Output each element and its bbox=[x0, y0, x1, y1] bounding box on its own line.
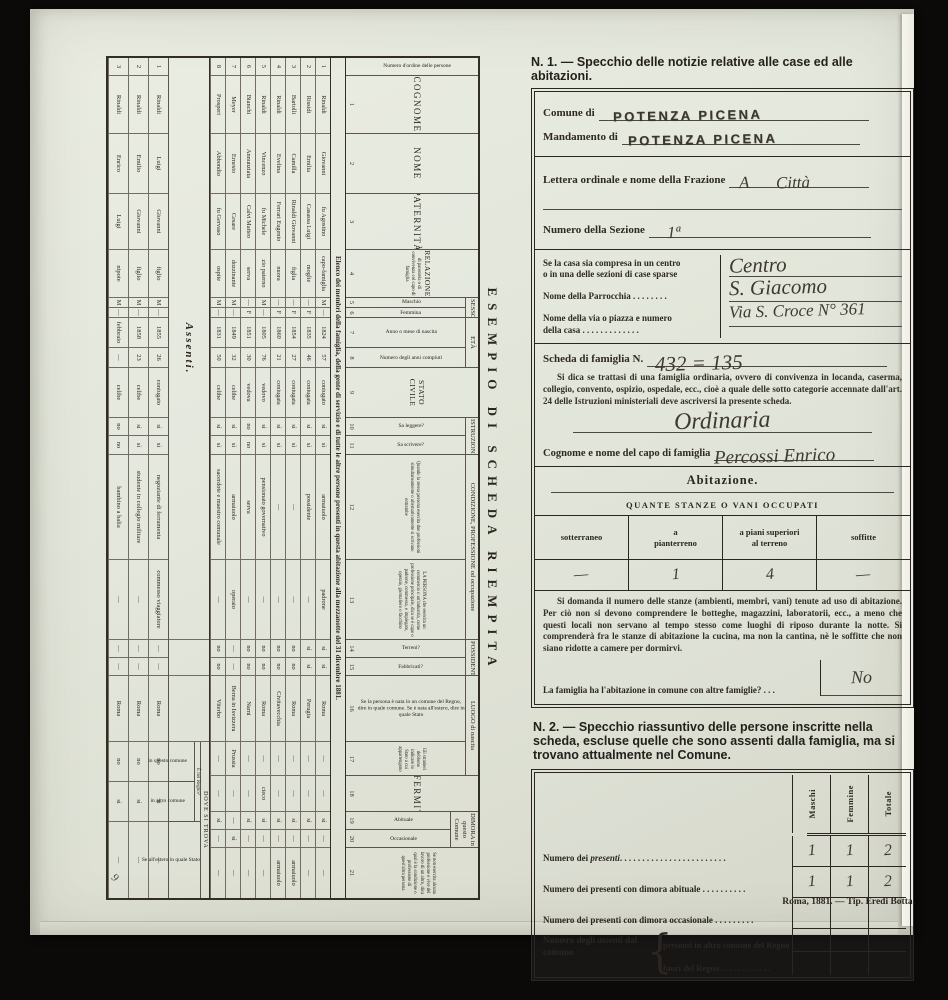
column-group-label: POSSIDENTE bbox=[465, 640, 478, 675]
member-cell: — bbox=[211, 308, 225, 318]
member-cell: sì bbox=[286, 418, 300, 436]
stanze-col-header: soffitte bbox=[817, 516, 910, 560]
row-label-em: presenti bbox=[590, 853, 620, 863]
assenti-cell: sì bbox=[109, 782, 128, 822]
example-title: ESEMPIO DI SCHEDA RIEMPITA bbox=[480, 56, 502, 904]
categoria-text: Si dica se trattasi di una famiglia ordi… bbox=[543, 372, 902, 407]
column-header-label: Abituale bbox=[357, 812, 450, 829]
list-title: Elenco dei membri della famiglia, della … bbox=[330, 58, 345, 898]
member-cell: coniugata bbox=[286, 368, 300, 418]
assenti-cell: 26 bbox=[149, 348, 168, 368]
column-header: NOME2 bbox=[346, 134, 478, 194]
assenti-cell: no bbox=[109, 742, 128, 782]
member-cell: 46 bbox=[301, 348, 315, 368]
row-label: Numero dei presenti con dimora occasiona… bbox=[543, 915, 715, 925]
member-cell: Casassa Luigi bbox=[301, 194, 315, 250]
member-cell: — bbox=[256, 308, 270, 318]
column-header: Gli stranieri debbono indicare lo Stato … bbox=[346, 742, 465, 775]
column-header: Maschio5 bbox=[346, 298, 465, 308]
member-cell: sì bbox=[316, 436, 330, 455]
frazione-letter-value: A bbox=[739, 174, 750, 191]
frazione-label: Lettera ordinale e nome della Frazione bbox=[543, 174, 725, 186]
member-cell: — bbox=[241, 830, 255, 848]
member-cell: figlia bbox=[286, 250, 300, 298]
column-header-text: RELAZIONEdi parentela o di convivenza co… bbox=[403, 250, 432, 297]
subrow-label: presenti in altro comune del Regno bbox=[661, 940, 792, 952]
famiglie-value: No bbox=[851, 668, 872, 687]
column-header-label: Occasionale bbox=[357, 830, 450, 847]
member-cell: sì bbox=[256, 436, 270, 455]
leaders: . . . . . . . . . . . . . . . . . . . . … bbox=[620, 853, 726, 863]
regno-questo-label: in questo comune bbox=[149, 758, 188, 765]
member-cell: Ferrari Eugenio bbox=[271, 194, 285, 250]
member-cell: sì bbox=[226, 436, 240, 455]
member-cell: Rissidi bbox=[301, 76, 315, 134]
assenti-cell: sì bbox=[129, 436, 148, 455]
column-number: 4 bbox=[346, 250, 357, 297]
assenti-cell: 23 bbox=[129, 348, 148, 368]
via-value: Via S. Croce N° 361 bbox=[729, 300, 866, 321]
member-cell: 32 bbox=[226, 348, 240, 368]
member-cell: sì bbox=[301, 640, 315, 658]
assenti-cell: 1855 bbox=[149, 318, 168, 348]
column-number: 5 bbox=[346, 298, 357, 307]
assenti-cell: 3 bbox=[109, 58, 128, 76]
leaders: . . . . . . . . . . bbox=[703, 884, 746, 894]
assenti-cell: 1858 bbox=[129, 318, 148, 348]
column-header-label: Terreni? bbox=[357, 640, 465, 657]
column-header-label: Numero degli anni compiuti bbox=[357, 348, 465, 367]
member-cell: Abbondio bbox=[211, 134, 225, 194]
member-cell: Rinaldi bbox=[316, 76, 330, 134]
column-number: 8 bbox=[346, 348, 357, 367]
member-cell: 1805 bbox=[256, 318, 270, 348]
member-cell: — bbox=[211, 830, 225, 848]
assenti-cell: — bbox=[109, 308, 128, 318]
stanze-col-header: a piani superiori al terreno bbox=[723, 516, 816, 560]
member-cell: 1835 bbox=[301, 318, 315, 348]
column-number: 13 bbox=[346, 560, 357, 639]
column-header-text: Fabbricati? bbox=[399, 664, 424, 671]
assenti-cell: febbraio bbox=[109, 318, 128, 348]
assenti-cell: commesso viaggiatore bbox=[149, 560, 168, 640]
column-group-label: ETÀ bbox=[465, 318, 478, 367]
assenti-cell: coniugato bbox=[149, 368, 168, 418]
member-cell: no bbox=[241, 640, 255, 658]
member-cell: Cesare bbox=[226, 194, 240, 250]
member-cell: Viterbo bbox=[211, 676, 225, 742]
member-cell: — bbox=[271, 455, 285, 560]
member-cell: — bbox=[226, 776, 240, 812]
column-header: RELAZIONEdi parentela o di convivenza co… bbox=[346, 250, 478, 298]
assenti-cell: — bbox=[109, 640, 128, 658]
assenti-cell: studente in collegio militare bbox=[129, 455, 148, 560]
column-header: Terreni?14 bbox=[346, 640, 465, 658]
member-cell: sì bbox=[286, 436, 300, 455]
column-number bbox=[346, 58, 357, 75]
assenti-cell: Giovanni bbox=[129, 194, 148, 250]
member-cell: 7 bbox=[226, 58, 240, 76]
n1-comune-section: Comune di POTENZA PICENA Mandamento di P… bbox=[535, 92, 910, 157]
member-cell: Bartolli bbox=[286, 76, 300, 134]
via-label: Nome della via o piazza e numero della c… bbox=[543, 313, 716, 336]
column-header: Sa leggere?10 bbox=[346, 418, 465, 436]
n1-categoria-section: Si dica se trattasi di una famiglia ordi… bbox=[535, 367, 910, 438]
member-row: 2RissidiEmiliaCasassa Luigimoglie—F18354… bbox=[300, 58, 315, 898]
column-header: PATERNITÀ3 bbox=[346, 194, 478, 250]
sezione-label: Numero della Sezione bbox=[543, 224, 645, 236]
member-cell: — bbox=[286, 776, 300, 812]
member-cell: sì bbox=[301, 436, 315, 455]
rule bbox=[551, 492, 894, 493]
column-group-subcolumns: Terreni?14Fabbricati?15 bbox=[346, 640, 465, 675]
column-header-text: Se la persona è nata in un comune del Re… bbox=[357, 699, 465, 719]
column-header-text: Numero degli anni compiuti bbox=[380, 355, 442, 362]
column-header-text: LA PERSONA che esercita un commercio o u… bbox=[394, 560, 429, 639]
assenti-cell: celibe bbox=[129, 368, 148, 418]
member-cell: Annunziata bbox=[241, 134, 255, 194]
column-header: Numero d'ordine delle persone bbox=[346, 58, 478, 76]
member-cell: 76 bbox=[256, 348, 270, 368]
member-cell: — bbox=[241, 298, 255, 308]
member-cell: serva bbox=[241, 250, 255, 298]
assenti-cell: — bbox=[109, 560, 128, 640]
assenti-cell: M bbox=[129, 298, 148, 308]
member-cell: — bbox=[286, 742, 300, 776]
member-cell: celibe bbox=[226, 368, 240, 418]
member-cell: Narni bbox=[241, 676, 255, 742]
stanze-title: QUANTE STANZE O VANI OCCUPATI bbox=[535, 495, 910, 515]
column-number: 12 bbox=[346, 455, 357, 559]
member-cell: sì bbox=[211, 418, 225, 436]
column-header-label: Quando la stessa persona esercita due pr… bbox=[357, 455, 465, 559]
column-header: Abituale19 bbox=[346, 812, 450, 830]
assenti-cell: Emilio bbox=[129, 134, 148, 194]
column-header-text: Maschio bbox=[402, 299, 421, 306]
member-cell: no bbox=[286, 640, 300, 658]
member-cell: celibe bbox=[211, 368, 225, 418]
column-header-label: NOME bbox=[357, 134, 478, 193]
row-label: Numero dei bbox=[543, 853, 590, 863]
member-cell: armaiuolo bbox=[226, 455, 240, 560]
member-cell: serva bbox=[241, 455, 255, 560]
column-number: 2 bbox=[346, 134, 357, 193]
member-cell: 8 bbox=[211, 58, 225, 76]
member-cell: Rinaldi bbox=[256, 76, 270, 134]
assenti-cell: sì bbox=[129, 782, 148, 822]
column-header-text: Se non esercita alcuna professione e viv… bbox=[397, 848, 438, 898]
column-number: 6 bbox=[346, 308, 357, 317]
column-header-label: Femmina bbox=[357, 308, 465, 317]
member-row: 6BianchiAnnunziataCalvi Matteoserva—F185… bbox=[240, 58, 255, 898]
n1-note-section: Si domanda il numero delle stanze (ambie… bbox=[535, 591, 910, 659]
column-header-subtext: di parentela o di convivenza col capo di… bbox=[403, 250, 421, 297]
column-group: SESSOMaschio5Femmina6 bbox=[346, 298, 478, 318]
member-cell: — bbox=[301, 742, 315, 776]
member-cell: 1 bbox=[316, 58, 330, 76]
column-header-label: Sa scrivere? bbox=[357, 436, 465, 454]
n2-col-totale: Totale bbox=[883, 791, 893, 816]
assenti-cell: bambino a balia bbox=[109, 455, 128, 560]
member-cell: — bbox=[271, 830, 285, 848]
leaders: . . . . . . . . . bbox=[715, 915, 753, 925]
member-cell: Roma bbox=[286, 676, 300, 742]
assenti-cell: Roma bbox=[109, 676, 128, 742]
column-number: 16 bbox=[346, 676, 357, 741]
member-cell: Roma bbox=[316, 676, 330, 742]
value-totale: 2 bbox=[883, 842, 892, 861]
member-cell: 6 bbox=[241, 58, 255, 76]
member-cell: Vincenzo bbox=[256, 134, 270, 194]
member-row: 4RinaldiEvelinaFerrari Eugenionuora—F186… bbox=[270, 58, 285, 898]
assenti-cell: M bbox=[109, 298, 128, 308]
n2-subrow-regno: presenti in altro comune del Regno bbox=[661, 929, 906, 952]
assenti-cell: no bbox=[129, 742, 148, 782]
assenti-cell: — bbox=[129, 308, 148, 318]
scheda-label: Scheda di famiglia N. bbox=[543, 353, 643, 365]
member-cell: 5 bbox=[256, 58, 270, 76]
member-cell: M bbox=[316, 298, 330, 308]
stanze-col-header: sotterraneo bbox=[535, 516, 628, 560]
member-cell: no bbox=[241, 436, 255, 455]
member-cell: no bbox=[286, 658, 300, 676]
member-cell: coniugata bbox=[301, 368, 315, 418]
column-group-subcolumns: Maschio5Femmina6 bbox=[346, 298, 465, 317]
member-cell: sì bbox=[316, 418, 330, 436]
member-cell: — bbox=[226, 848, 240, 898]
member-cell: no bbox=[256, 658, 270, 676]
assenti-row: 2RinaldiEmilioGiovannifiglioM—185823celi… bbox=[128, 58, 148, 898]
assenti-cell: sì bbox=[149, 436, 168, 455]
column-group-label: LUOGO di nascita bbox=[465, 676, 478, 775]
column-group: ISTRUZIONESa leggere?10Sa scrivere?11 bbox=[346, 418, 478, 455]
member-row: 5RinaldiVincenzofu Michelezio paternoM—1… bbox=[255, 58, 270, 898]
member-cell: — bbox=[286, 830, 300, 848]
subrow-label: fuori del Regno . . . . . . . . . . . . bbox=[661, 963, 792, 975]
member-cell: sì bbox=[271, 436, 285, 455]
member-cell: sì bbox=[211, 436, 225, 455]
member-cell: — bbox=[226, 640, 240, 658]
n2-col-femmine: Femmine bbox=[845, 785, 855, 823]
column-number: 3 bbox=[346, 194, 357, 249]
member-cell: vedovo bbox=[256, 368, 270, 418]
mandamento-label: Mandamento di bbox=[543, 131, 618, 143]
assenti-cell: Enrico bbox=[109, 134, 128, 194]
assenti-cell: Luigi bbox=[109, 194, 128, 250]
column-number: 14 bbox=[346, 640, 357, 657]
member-cell: 50 bbox=[211, 348, 225, 368]
member-cell: ospite bbox=[211, 250, 225, 298]
member-cell: M bbox=[226, 298, 240, 308]
member-cell: — bbox=[271, 742, 285, 776]
member-cell: fu Michele bbox=[256, 194, 270, 250]
member-cell: sì bbox=[256, 812, 270, 830]
member-cell: — bbox=[226, 812, 240, 830]
member-cell: no bbox=[211, 658, 225, 676]
column-header-label: PATERNITÀ bbox=[357, 194, 478, 249]
member-cell: vedova bbox=[241, 368, 255, 418]
member-cell: padrone bbox=[316, 560, 330, 640]
column-group: LUOGO di nascitaSe la persona è nata in … bbox=[346, 676, 478, 776]
column-number: 17 bbox=[346, 742, 357, 775]
member-cell: — bbox=[286, 560, 300, 640]
member-cell: — bbox=[301, 560, 315, 640]
column-number: 7 bbox=[346, 318, 357, 347]
member-cell: no bbox=[271, 658, 285, 676]
column-header: Anno o mese di nascita7 bbox=[346, 318, 465, 348]
right-column: N. 1. — Specchio delle notizie relative … bbox=[531, 55, 914, 981]
column-number: 21 bbox=[346, 848, 357, 898]
assenti-band: Assenti.DOVE SI TROVAÈ nel Regno?in ques… bbox=[168, 58, 210, 898]
member-cell: — bbox=[286, 455, 300, 560]
sezione-value: 1ª bbox=[667, 224, 681, 241]
member-cell: 30 bbox=[241, 348, 255, 368]
assenti-cell: sì bbox=[129, 418, 148, 436]
assenti-cell: — bbox=[129, 658, 148, 676]
assenti-cell: sì bbox=[149, 418, 168, 436]
categoria-value: Ordinaria bbox=[674, 408, 771, 435]
column-header-text: Occasionale bbox=[390, 836, 417, 843]
assenti-cell: — bbox=[129, 640, 148, 658]
column-header-text: Numero d'ordine delle persone bbox=[384, 63, 452, 70]
frazione-value: Città bbox=[776, 173, 810, 191]
column-header-label: Se la persona è nata in un comune del Re… bbox=[357, 676, 465, 741]
member-cell: 57 bbox=[316, 348, 330, 368]
n1-title: N. 1. — Specchio delle notizie relative … bbox=[531, 55, 914, 84]
stanze-value: — bbox=[856, 566, 871, 585]
assenti-cell: — bbox=[109, 822, 128, 898]
n2-row-presenti: Numero dei presenti. . . . . . . . . . .… bbox=[539, 836, 906, 867]
column-group-subcolumns: Abituale19Occasionale20 bbox=[346, 812, 450, 847]
estero-label: Se all'estero in quale Stato bbox=[142, 857, 200, 864]
column-header-label: STATO CIVILE bbox=[357, 368, 478, 417]
example-table: Numero d'ordine delle personeCOGNOME1NOM… bbox=[106, 56, 480, 900]
n2-box: Maschi Femmine Totale Numero dei present… bbox=[531, 769, 914, 981]
capo-label: Cognome e nome del capo di famiglia bbox=[543, 448, 710, 459]
assenti-cell: Roma bbox=[129, 676, 148, 742]
member-cell: — bbox=[241, 848, 255, 898]
member-cell: — bbox=[301, 776, 315, 812]
n1-famiglie-section: La famiglia ha l'abitazione in comune co… bbox=[535, 660, 910, 704]
member-cell: — bbox=[271, 298, 285, 308]
member-cell: Bianchi bbox=[241, 76, 255, 134]
column-group-label: ISTRUZIONE bbox=[465, 418, 478, 454]
member-cell: — bbox=[271, 776, 285, 812]
member-cell: no bbox=[256, 640, 270, 658]
member-cell: 3 bbox=[286, 58, 300, 76]
column-header: Se non esercita alcuna professione e viv… bbox=[346, 848, 478, 898]
member-cell: — bbox=[271, 560, 285, 640]
member-cell: 2 bbox=[301, 58, 315, 76]
assenti-cell: — bbox=[109, 348, 128, 368]
member-cell: 4 bbox=[271, 58, 285, 76]
parrocchia-value: S. Giacomo bbox=[729, 275, 828, 299]
member-cell: 1831 bbox=[211, 318, 225, 348]
member-cell: capo-famiglia bbox=[316, 250, 330, 298]
n2-col-maschi: Maschi bbox=[807, 789, 817, 818]
member-cell: Emilia bbox=[301, 134, 315, 194]
n2-row-assenti: Numero degli assenti dal comune. { prese… bbox=[539, 929, 906, 975]
member-cell: operaio bbox=[226, 560, 240, 640]
column-group: ETÀAnno o mese di nascita7Numero degli a… bbox=[346, 318, 478, 368]
member-cell: no bbox=[271, 640, 285, 658]
member-cell: nuora bbox=[271, 250, 285, 298]
n1-capo-section: Cognome e nome del capo di famiglia Perc… bbox=[535, 438, 910, 467]
assenti-cell: Rinaldi bbox=[129, 76, 148, 134]
column-header-text: Gli stranieri debbono indicare lo Stato … bbox=[394, 742, 429, 775]
column-number: 15 bbox=[346, 658, 357, 675]
member-cell: 27 bbox=[286, 348, 300, 368]
column-header-text: Sa scrivere? bbox=[398, 442, 425, 449]
member-cell: 1851 bbox=[241, 318, 255, 348]
member-cell: F bbox=[301, 308, 315, 318]
member-cell: — bbox=[256, 742, 270, 776]
assenti-cell: Roma bbox=[149, 676, 168, 742]
column-number: 20 bbox=[346, 830, 357, 847]
scanned-census-document: { "colors":{"paper":"#e3e7db","ink":"#2b… bbox=[0, 0, 948, 1000]
column-header-label: Anno o mese di nascita bbox=[357, 318, 465, 347]
casa-value: Centro bbox=[729, 254, 787, 276]
abitazione-title: Abitazione. bbox=[535, 469, 910, 490]
stanze-note: Si domanda il numero delle stanze (ambie… bbox=[543, 596, 902, 654]
member-cell: fu Agostino bbox=[316, 194, 330, 250]
column-header-text: NOME bbox=[413, 147, 423, 180]
assenti-row: 1RinaldiLuigiGiovannifiglioM—185526coniu… bbox=[148, 58, 168, 898]
member-cell: 1854 bbox=[286, 318, 300, 348]
member-row: 1RinaldiGiovannifu Agostinocapo-famiglia… bbox=[315, 58, 330, 898]
member-cell: armaiuolo bbox=[271, 848, 285, 898]
value-maschi: 1 bbox=[807, 842, 816, 861]
assenti-cell: Giovanni bbox=[149, 194, 168, 250]
member-cell: Meyer bbox=[226, 76, 240, 134]
member-cell: — bbox=[301, 298, 315, 308]
assenti-cell: no bbox=[109, 436, 128, 455]
assenti-cell: figlio bbox=[149, 250, 168, 298]
column-group: POSSIDENTETerreni?14Fabbricati?15 bbox=[346, 640, 478, 676]
member-cell: F bbox=[286, 308, 300, 318]
member-cell: coniugato bbox=[316, 368, 330, 418]
assenti-cell: — bbox=[129, 560, 148, 640]
member-cell: — bbox=[241, 742, 255, 776]
assenti-cell: 1 bbox=[149, 58, 168, 76]
member-cell: no bbox=[241, 418, 255, 436]
member-cell: sì bbox=[211, 812, 225, 830]
member-cell: — bbox=[256, 560, 270, 640]
column-header: INFERMITÀ18 bbox=[346, 776, 478, 812]
column-number: 1 bbox=[346, 76, 357, 133]
member-cell: Calvi Matteo bbox=[241, 194, 255, 250]
member-row: 3BartolliCamillaRinaldi Giovannifiglia—F… bbox=[285, 58, 300, 898]
column-group-subcolumns: Sa leggere?10Sa scrivere?11 bbox=[346, 418, 465, 454]
member-cell: 1849 bbox=[226, 318, 240, 348]
assenti-cell: Luigi bbox=[149, 134, 168, 194]
member-cell: — bbox=[211, 742, 225, 776]
comune-label: Comune di bbox=[543, 107, 595, 119]
member-cell: Rinaldi Giovanni bbox=[286, 194, 300, 250]
member-cell: F bbox=[271, 308, 285, 318]
column-header: LA PERSONA che esercita un commercio o u… bbox=[346, 560, 465, 639]
column-header-label: LA PERSONA che esercita un commercio o u… bbox=[357, 560, 465, 639]
member-cell: 21 bbox=[271, 348, 285, 368]
value-maschi: 1 bbox=[807, 873, 816, 892]
member-cell: — bbox=[301, 848, 315, 898]
assenti-cell: figlio bbox=[129, 250, 148, 298]
column-header: Quando la stessa persona esercita due pr… bbox=[346, 455, 465, 560]
n2-header-row: Maschi Femmine Totale bbox=[539, 775, 906, 833]
member-cell: Camilla bbox=[286, 134, 300, 194]
member-cell: no bbox=[241, 658, 255, 676]
regno-altro-label: in altro comune bbox=[151, 798, 186, 805]
